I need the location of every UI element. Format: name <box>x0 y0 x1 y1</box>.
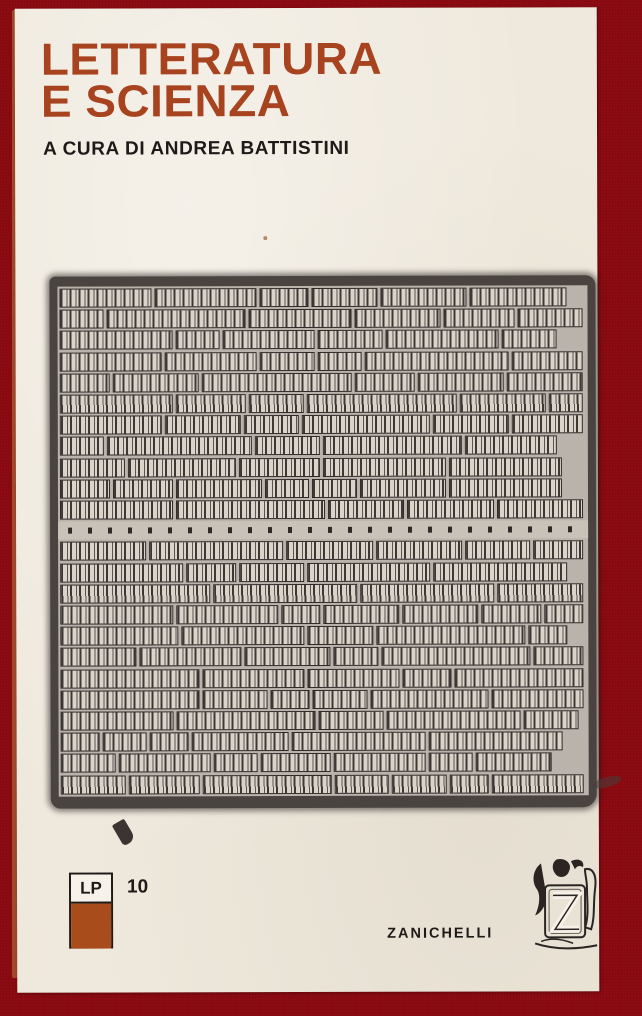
type-word-block <box>60 542 146 561</box>
series-number: 10 <box>127 876 148 898</box>
type-word-block <box>60 690 199 709</box>
type-word-block <box>323 457 446 476</box>
type-word-block <box>307 562 430 581</box>
type-word-block <box>323 436 462 455</box>
paper-speck <box>263 236 267 240</box>
type-word-block <box>318 711 383 730</box>
type-word-block <box>59 288 151 307</box>
type-word-block <box>523 710 578 729</box>
type-word-block <box>271 690 310 709</box>
type-word-block <box>354 309 440 328</box>
editor-credit: A CURA DI ANDREA BATTISTINI <box>43 138 350 161</box>
typeset-row <box>58 541 588 561</box>
type-word-block <box>517 308 582 327</box>
typeset-row <box>58 372 588 392</box>
type-word-block <box>380 288 466 307</box>
typeset-row <box>58 308 588 328</box>
type-word-block <box>512 414 583 433</box>
type-word-block <box>60 394 173 413</box>
type-word-block <box>528 626 567 645</box>
type-word-block <box>307 394 457 413</box>
type-word-block <box>512 351 583 370</box>
type-word-block <box>60 373 110 392</box>
type-word-block <box>150 541 284 560</box>
type-word-block <box>60 563 183 582</box>
type-word-block <box>544 604 583 623</box>
type-word-block <box>107 437 251 456</box>
typeset-row <box>58 436 588 456</box>
type-word-block <box>402 668 452 687</box>
type-word-block <box>175 394 246 413</box>
type-word-block <box>317 330 382 349</box>
type-word-block <box>249 309 351 328</box>
typeset-row <box>59 710 589 730</box>
type-word-block <box>128 458 236 477</box>
type-word-block <box>60 416 162 435</box>
type-word-block <box>186 563 236 582</box>
type-word-block <box>386 330 499 349</box>
typeset-row <box>58 668 588 688</box>
type-word-block <box>312 288 377 307</box>
typeset-row <box>59 774 589 794</box>
publisher-name: ZANICHELLI <box>387 926 493 942</box>
type-word-block <box>302 415 431 434</box>
title-line-2: E SCIENZA <box>41 80 382 123</box>
type-word-block <box>365 351 509 370</box>
type-word-block <box>429 753 473 772</box>
type-word-block <box>60 479 110 498</box>
type-word-block <box>455 668 584 687</box>
typeset-row <box>58 583 588 603</box>
type-word-block <box>376 541 462 560</box>
string-tail <box>112 819 136 847</box>
type-word-block <box>449 457 562 476</box>
series-badge-color-block <box>71 904 111 949</box>
type-word-block <box>492 774 584 793</box>
type-word-block <box>60 627 178 646</box>
type-word-block <box>150 733 189 752</box>
type-word-block <box>360 478 446 497</box>
type-word-block <box>113 479 173 498</box>
type-word-block <box>334 647 378 666</box>
type-word-block <box>443 309 514 328</box>
type-word-block <box>60 458 125 477</box>
type-word-block <box>176 479 262 498</box>
type-word-block <box>203 690 268 709</box>
typeset-row <box>57 287 587 307</box>
type-word-block <box>501 330 556 349</box>
type-word-block <box>308 626 373 645</box>
type-word-block <box>371 689 489 708</box>
typeset-row <box>58 604 588 624</box>
type-word-block <box>433 415 509 434</box>
typeset-row <box>58 562 588 582</box>
type-word-block <box>533 541 583 560</box>
type-word-block <box>259 288 309 307</box>
type-word-block <box>534 647 584 666</box>
type-word-block <box>417 372 503 391</box>
type-word-block <box>244 647 330 666</box>
type-word-block <box>308 668 400 687</box>
typeset-row <box>58 457 588 477</box>
type-word-block <box>334 753 426 772</box>
typeset-row <box>58 499 588 519</box>
type-word-block <box>470 287 567 306</box>
type-word-block <box>139 648 241 667</box>
type-word-block <box>61 775 126 794</box>
type-word-block <box>154 288 256 307</box>
series-badge-label: LP <box>71 875 111 904</box>
typeset-row <box>58 689 588 709</box>
type-word-block <box>392 774 447 793</box>
type-word-block <box>213 754 257 773</box>
type-word-block <box>313 690 368 709</box>
type-word-block <box>360 583 494 602</box>
type-word-block <box>507 372 583 391</box>
type-word-block <box>202 669 304 688</box>
typeset-lead-block-icon <box>49 275 596 808</box>
type-word-block <box>239 563 304 582</box>
type-word-block <box>181 626 304 645</box>
type-word-block <box>459 393 545 412</box>
type-word-block <box>334 774 389 793</box>
book-title: LETTERATURA E SCIENZA <box>41 38 383 123</box>
type-word-block <box>60 648 136 667</box>
type-word-block <box>254 436 319 455</box>
type-word-block <box>323 605 399 624</box>
book-cover: LETTERATURA E SCIENZA A CURA DI ANDREA B… <box>15 7 600 993</box>
type-word-block <box>61 733 100 752</box>
type-word-block <box>165 352 257 371</box>
type-word-block <box>244 415 299 434</box>
type-word-block <box>61 754 116 773</box>
type-word-block <box>265 479 309 498</box>
typeset-row <box>58 393 588 413</box>
type-word-block <box>119 754 211 773</box>
type-word-block <box>434 562 568 581</box>
type-word-block <box>449 478 562 497</box>
type-word-block <box>292 732 426 751</box>
type-word-block <box>223 330 315 349</box>
type-word-block <box>376 626 526 645</box>
zanichelli-crest-icon <box>527 855 607 957</box>
type-word-block <box>259 352 314 371</box>
type-word-block <box>60 331 173 350</box>
type-word-block <box>407 500 493 519</box>
type-word-block <box>239 458 320 477</box>
type-word-block <box>60 584 210 603</box>
typeset-row <box>59 753 589 773</box>
type-word-block <box>176 605 278 624</box>
type-word-block <box>60 310 104 329</box>
type-word-block <box>213 584 357 603</box>
series-badge: LP <box>69 873 113 949</box>
type-word-block <box>261 753 332 772</box>
type-word-block <box>450 774 489 793</box>
type-word-block <box>112 373 198 392</box>
type-word-block <box>476 753 552 772</box>
type-word-block <box>481 604 541 623</box>
type-word-block <box>60 669 199 688</box>
type-word-block <box>202 373 352 392</box>
type-word-block <box>60 500 173 519</box>
type-word-block <box>492 689 584 708</box>
type-word-block <box>129 775 200 794</box>
type-word-block <box>203 775 332 794</box>
type-word-block <box>192 732 289 751</box>
type-word-block <box>497 499 583 518</box>
type-word-block <box>286 541 372 560</box>
type-word-block <box>249 394 304 413</box>
type-word-block <box>60 605 173 624</box>
type-word-block <box>61 711 174 730</box>
type-word-block <box>381 647 531 666</box>
typeset-row <box>58 414 588 434</box>
typeset-row <box>59 732 589 752</box>
type-word-block <box>312 479 356 498</box>
type-word-block <box>60 352 162 371</box>
type-word-block <box>176 500 326 519</box>
type-word-block <box>165 415 241 434</box>
type-word-block <box>317 351 361 370</box>
type-word-block <box>429 732 563 751</box>
type-word-block <box>175 331 219 350</box>
type-word-block <box>328 500 404 519</box>
typeset-row <box>58 626 588 646</box>
typeset-row <box>58 647 588 667</box>
typeset-lines <box>57 285 588 796</box>
type-word-block <box>402 605 478 624</box>
type-word-block <box>103 733 147 752</box>
type-word-block <box>549 393 583 412</box>
typeset-row <box>58 330 588 350</box>
type-word-block <box>281 605 320 624</box>
type-word-block <box>465 436 557 455</box>
type-word-block <box>107 309 246 328</box>
type-word-block <box>465 541 530 560</box>
type-word-block <box>60 437 104 456</box>
typeset-row <box>58 478 588 498</box>
type-word-block <box>354 373 414 392</box>
type-word-block <box>176 711 315 730</box>
type-word-block <box>497 583 583 602</box>
typeset-row <box>58 351 588 371</box>
type-word-block <box>387 711 521 730</box>
typeset-row <box>58 520 588 539</box>
